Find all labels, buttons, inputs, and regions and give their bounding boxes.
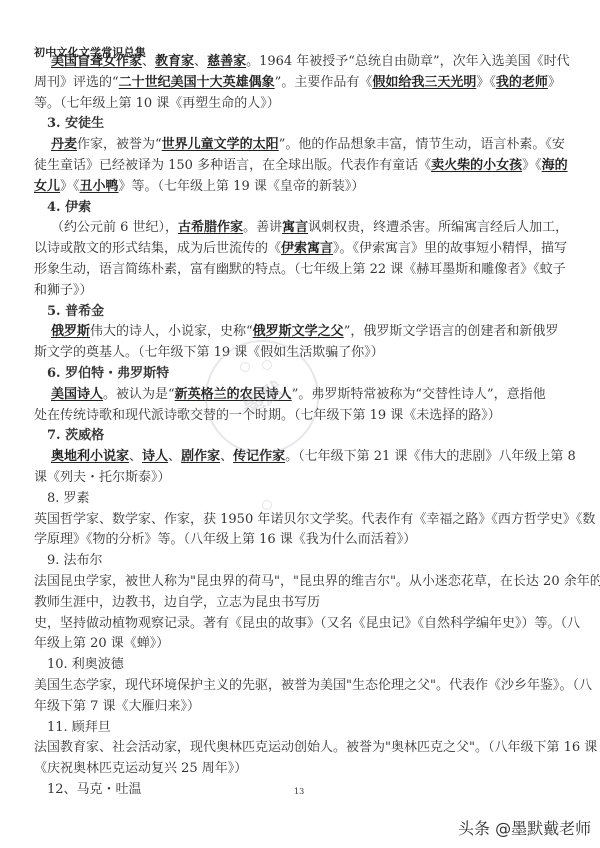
underlined-term: 俄罗斯 [51, 324, 90, 339]
underlined-term: 丹麦 [51, 137, 77, 152]
underlined-term: 伊索寓言 [281, 241, 333, 256]
text-line: 形象生动，语言简练朴素，富有幽默的特点。（七年级上第 22 课《赫耳墨斯和雕像者… [34, 262, 566, 278]
text-span: 》《 [60, 179, 80, 194]
underlined-term: 俄罗斯文学之父 [253, 324, 344, 339]
text-span: 11. 顾拜旦 [47, 720, 111, 735]
text-line: 法国昆虫学家，被世人称为"昆虫界的荷马"，"昆虫界的维吉尔"。从小迷恋花草，在长… [34, 574, 566, 590]
underlined-term: 教育家 [155, 54, 194, 69]
text-span: 。被认为是“ [103, 387, 175, 402]
underlined-term: 丑小鸭 [80, 179, 119, 194]
underlined-term: 女儿 [34, 179, 60, 194]
underlined-term: 世界儿童文学的太阳 [162, 137, 279, 152]
text-span: 《庆祝奥林匹克运动复兴 25 周年》） [34, 761, 247, 776]
section-heading: 4. 伊索 [47, 200, 579, 216]
text-span: 6. 罗伯特・弗罗斯特 [47, 366, 169, 381]
underlined-term: 诗人 [142, 449, 168, 464]
text-span: 。（七年级下第 21 课《伟大的悲剧》八年级上第 8 [285, 449, 576, 464]
text-span: 。善讲 [243, 220, 282, 235]
text-span: 和狮子》） [34, 283, 93, 298]
text-line: 等。（七年级上第 10 课《再塑生命的人》） [34, 96, 566, 112]
text-span: 9. 法布尔 [47, 553, 103, 568]
text-span: 8. 罗素 [47, 491, 90, 506]
text-span: 英国哲学家、数学家、作家，获 1950 年诺贝尔文学奖。代表作有《幸福之路》《西… [34, 512, 595, 527]
section-heading: 8. 罗素 [47, 491, 579, 507]
text-line: 女儿》《丑小鸭》等。（七年级上第 19 课《皇帝的新装》） [34, 179, 566, 195]
underlined-term: 剧作家 [181, 449, 220, 464]
text-span: 。1964 年被授予“总统自由勋章”，次年入选美国《时代 [246, 54, 570, 69]
text-line: （约公元前 6 世纪），古希腊作家。善讲寓言讽刺权贵，终遭杀害。所编寓言经后人加… [51, 220, 583, 236]
text-span: ”。弗罗斯特常被称为“交替性诗人”，意指他 [292, 387, 546, 402]
text-span: ”。他的作品想象丰富，情节生动，语言朴素。《安 [279, 137, 565, 152]
text-line: 《庆祝奥林匹克运动复兴 25 周年》） [34, 761, 566, 777]
text-span: 伟大的诗人，小说家，史称“ [90, 324, 253, 339]
underlined-term: 美国诗人 [51, 387, 103, 402]
section-heading: 9. 法布尔 [47, 553, 579, 569]
text-span: 》《 [476, 75, 496, 90]
text-span: 史，坚持做动植物观察记录。著有《昆虫的故事》（又名《昆虫记》《自然科学编年史》）… [34, 616, 580, 631]
text-span: 形象生动，语言简练朴素，富有幽默的特点。（七年级上第 22 课《赫耳墨斯和雕像者… [34, 262, 566, 277]
text-span: 课《列夫・托尔斯泰》） [34, 470, 171, 485]
section-heading: 7. 茨威格 [47, 428, 579, 444]
section-heading: 11. 顾拜旦 [47, 720, 579, 736]
text-span: ”，俄罗斯文学语言的创建者和新俄罗 [344, 324, 559, 339]
text-line: 美国生态学家，现代环境保护主义的先驱，被誉为美国"生态伦理之父"。代表作《沙乡年… [34, 678, 566, 694]
text-span: 年级下第 7 课《大雁归来》） [34, 699, 200, 714]
watermark-dot [262, 500, 272, 510]
text-span: 周刊》评选的“ [34, 75, 119, 90]
underlined-term: 海的 [542, 158, 568, 173]
underlined-term: 慈善家 [207, 54, 246, 69]
text-span: 5. 普希金 [47, 304, 104, 319]
text-span: 》。《伊索寓言》里的故事短小精悍，描写 [333, 241, 567, 256]
text-span: 学原理》《物的分析》等。（八年级上第 16 课《我为什么而活着》） [34, 532, 416, 547]
text-line: 美国盲聋女作家、教育家、慈善家。1964 年被授予“总统自由勋章”，次年入选美国… [51, 54, 583, 70]
text-line: 丹麦作家，被誉为“世界儿童文学的太阳”。他的作品想象丰富，情节生动，语言朴素。《… [51, 137, 583, 153]
section-heading: 12、马克・吐温 [47, 782, 579, 798]
text-line: 周刊》评选的“二十世纪美国十大英雄偶象”。主要作品有《假如给我三天光明》《我的老… [34, 75, 566, 91]
text-span: 教师生涯中，边教书，边自学，立志为昆虫书写历 [34, 595, 320, 610]
section-heading: 5. 普希金 [47, 304, 579, 320]
text-line: 徒生童话》已经被译为 150 多种语言，在全球出版。代表作有童话《卖火柴的小女孩… [34, 158, 566, 174]
text-span: 10. 利奥波德 [47, 657, 124, 672]
section-heading: 10. 利奥波德 [47, 657, 579, 673]
text-span: 4. 伊索 [47, 200, 91, 215]
text-span: 7. 茨威格 [47, 428, 104, 443]
underlined-term: 古希腊作家 [178, 220, 243, 235]
underlined-term: 我的老师 [496, 75, 548, 90]
text-line: 俄罗斯伟大的诗人，小说家，史称“俄罗斯文学之父”，俄罗斯文学语言的创建者和新俄罗 [51, 324, 583, 340]
text-span: 、 [142, 54, 155, 69]
text-span: 3. 安徒生 [47, 116, 104, 131]
underlined-term: 卖火柴的小女孩 [431, 158, 522, 173]
text-span: 年级上第 20 课《蝉》） [34, 636, 169, 651]
underlined-term: 寓言 [282, 220, 308, 235]
text-span: 斯文学的奠基人。（七年级下第 19 课《假如生活欺骗了你》） [34, 345, 384, 360]
text-span: 以诗或散文的形式结集，成为后世流传的《 [34, 241, 281, 256]
text-line: 年级下第 7 课《大雁归来》） [34, 699, 566, 715]
text-span: ”。主要作品有《 [275, 75, 373, 90]
watermark-dot [262, 360, 272, 370]
text-span: 、 [194, 54, 207, 69]
text-span: 12、马克・吐温 [47, 782, 142, 797]
page-number: 13 [294, 787, 304, 796]
text-span: （约公元前 6 世纪）， [51, 220, 178, 235]
section-heading: 3. 安徒生 [47, 116, 579, 132]
text-span: 徒生童话》已经被译为 150 多种语言，在全球出版。代表作有童话《 [34, 158, 431, 173]
text-span: 》等。（七年级上第 19 课《皇帝的新装》） [119, 179, 365, 194]
text-span: 》 [548, 75, 561, 90]
brand-watermark: 头条 @墨默戴老师 [458, 816, 591, 839]
text-line: 法国教育家、社会活动家，现代奥林匹克运动创始人。被誉为"奥林匹克之父"。（八年级… [34, 740, 566, 756]
text-span: 法国教育家、社会活动家，现代奥林匹克运动创始人。被誉为"奥林匹克之父"。（八年级… [34, 740, 597, 755]
text-span: 讽刺权贵，终遭杀害。所编寓言经后人加工， [308, 220, 568, 235]
text-span: 、 [220, 449, 233, 464]
text-span: 》《 [522, 158, 542, 173]
watermark-dot [240, 362, 250, 372]
text-line: 年级上第 20 课《蝉》） [34, 636, 566, 652]
text-span: 等。（七年级上第 10 课《再塑生命的人》） [34, 96, 280, 111]
underlined-term: 假如给我三天光明 [372, 75, 476, 90]
text-line: 学原理》《物的分析》等。（八年级上第 16 课《我为什么而活着》） [34, 532, 566, 548]
text-line: 课《列夫・托尔斯泰》） [34, 470, 566, 486]
text-line: 英国哲学家、数学家、作家，获 1950 年诺贝尔文学奖。代表作有《幸福之路》《西… [34, 512, 566, 528]
text-span: 、 [168, 449, 181, 464]
text-line: 教师生涯中，边教书，边自学，立志为昆虫书写历 [34, 595, 566, 611]
text-line: 史，坚持做动植物观察记录。著有《昆虫的故事》（又名《昆虫记》《自然科学编年史》）… [34, 616, 566, 632]
underlined-term: 二十世纪美国十大英雄偶象 [119, 75, 275, 90]
text-span: 法国昆虫学家，被世人称为"昆虫界的荷马"，"昆虫界的维吉尔"。从小迷恋花草，在长… [34, 574, 600, 589]
text-line: 和狮子》） [34, 283, 566, 299]
text-span: 、 [129, 449, 142, 464]
text-span: 作家，被誉为“ [77, 137, 162, 152]
text-line: 以诗或散文的形式结集，成为后世流传的《伊索寓言》。《伊索寓言》里的故事短小精悍，… [34, 241, 566, 257]
underlined-term: 奥地利小说家 [51, 449, 129, 464]
underlined-term: 美国盲聋女作家 [51, 54, 142, 69]
text-span: 美国生态学家，现代环境保护主义的先驱，被誉为美国"生态伦理之父"。代表作《沙乡年… [34, 678, 592, 693]
text-line: 奥地利小说家、诗人、剧作家、传记作家。（七年级下第 21 课《伟大的悲剧》八年级… [51, 449, 583, 465]
document-page: 初中文化文学常识总集 美国盲聋女作家、教育家、慈善家。1964 年被授予“总统自… [0, 0, 600, 848]
